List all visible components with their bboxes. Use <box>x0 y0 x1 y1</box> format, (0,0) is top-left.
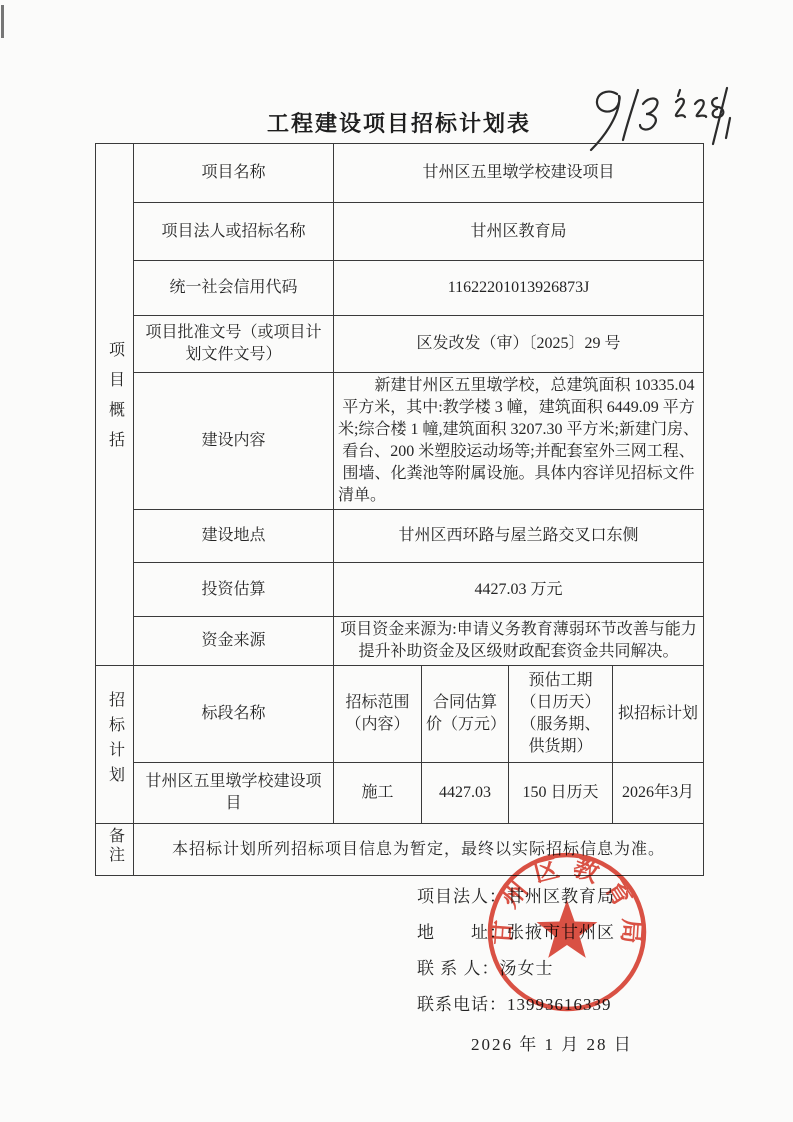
cell-bid-scope: 施工 <box>334 763 422 824</box>
footer-address-value: 张掖市甘州区 <box>507 923 615 942</box>
section-label-tender-plan: 招标计划 <box>96 666 134 824</box>
col-header-contract-estimate: 合同估算价（万元） <box>422 666 509 763</box>
footer-phone-label: 联系电话： <box>417 995 507 1014</box>
cell-bid-section-name: 甘州区五里墩学校建设项目 <box>134 763 334 824</box>
tender-plan-row: 甘州区五里墩学校建设项目 施工 4427.03 150 日历天 2026年3月 <box>96 763 704 824</box>
row-label-investment-estimate: 投资估算 <box>134 563 334 617</box>
col-header-planned-tender-time: 拟招标计划 <box>613 666 704 763</box>
footer-phone: 联系电话：13993616339 <box>417 990 717 1009</box>
section-label-project-overview: 项目概括 <box>96 144 134 666</box>
col-header-bid-scope: 招标范围（内容） <box>334 666 422 763</box>
value-construction-content: 新建甘州区五里墩学校，总建筑面积 10335.04 平方米，其中:教学楼 3 幢… <box>334 373 704 510</box>
row-label-construction-site: 建设地点 <box>134 510 334 563</box>
cell-contract-estimate: 4427.03 <box>422 763 509 824</box>
value-approval-number: 区发改发（审）〔2025〕29 号 <box>334 316 704 373</box>
col-header-estimated-duration: 预估工期（日历天）（服务期、供货期） <box>509 666 613 763</box>
row-label-project-name: 项目名称 <box>134 144 334 203</box>
row-label-construction-content: 建设内容 <box>134 373 334 510</box>
row-label-legal-entity: 项目法人或招标名称 <box>134 203 334 261</box>
row-label-funding-source: 资金来源 <box>134 617 334 666</box>
footer-address: 地 址：张掖市甘州区 <box>417 918 717 937</box>
value-investment-estimate: 4427.03 万元 <box>334 563 704 617</box>
footer-contact-person-value: 汤女士 <box>500 959 554 978</box>
value-construction-site: 甘州区西环路与屋兰路交叉口东侧 <box>334 510 704 563</box>
section-label-remark: 备注 <box>96 824 134 876</box>
value-project-name: 甘州区五里墩学校建设项目 <box>334 144 704 203</box>
cell-estimated-duration: 150 日历天 <box>509 763 613 824</box>
footer-contact-person: 联 系 人：汤女士 <box>417 954 717 973</box>
footer-contact-block: 项目法人：甘州区教育局 地 址：张掖市甘州区 联 系 人：汤女士 联系电话：13… <box>417 882 717 1026</box>
remark-text: 本招标计划所列招标项目信息为暂定，最终以实际招标信息为准。 <box>134 824 704 876</box>
tender-plan-table: 项目概括 项目名称 甘州区五里墩学校建设项目 项目法人或招标名称 甘州区教育局 … <box>95 143 704 876</box>
value-credit-code: 11622201013926873J <box>334 261 704 316</box>
footer-legal-entity-label: 项目法人： <box>417 887 507 906</box>
col-header-bid-section-name: 标段名称 <box>134 666 334 763</box>
footer-phone-value: 13993616339 <box>507 995 612 1014</box>
scan-artifact <box>1 5 4 38</box>
footer-legal-entity: 项目法人：甘州区教育局 <box>417 882 717 901</box>
row-label-approval-number: 项目批准文号（或项目计划文件文号） <box>134 316 334 373</box>
footer-date: 2026 年 1 月 28 日 <box>471 1030 633 1055</box>
value-legal-entity: 甘州区教育局 <box>334 203 704 261</box>
row-label-credit-code: 统一社会信用代码 <box>134 261 334 316</box>
value-funding-source: 项目资金来源为:申请义务教育薄弱环节改善与能力提升补助资金及区级财政配套资金共同… <box>334 617 704 666</box>
cell-planned-tender-time: 2026年3月 <box>613 763 704 824</box>
footer-legal-entity-value: 甘州区教育局 <box>507 887 615 906</box>
footer-contact-person-label: 联 系 人： <box>417 959 500 978</box>
footer-address-label: 地 址： <box>417 923 507 942</box>
